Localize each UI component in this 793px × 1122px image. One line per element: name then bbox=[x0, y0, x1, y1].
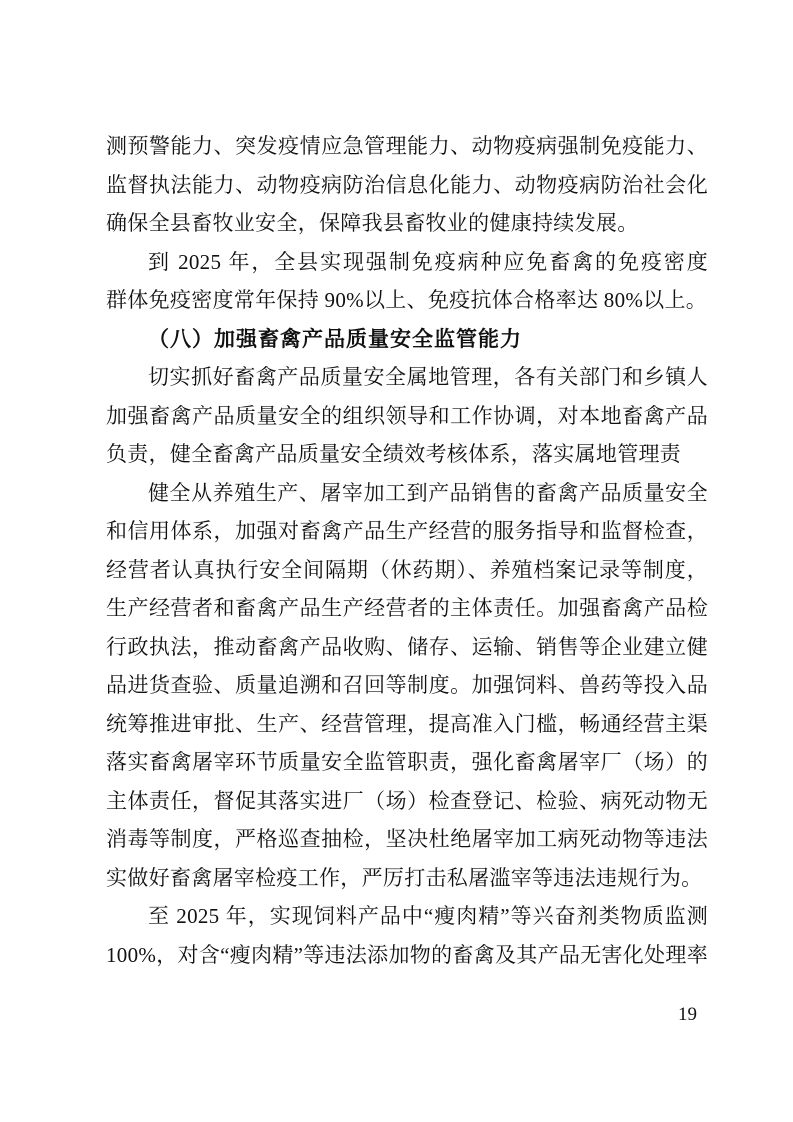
text-line: 确保全县畜牧业安全，保障我县畜牧业的健康持续发展。 bbox=[106, 204, 708, 243]
paragraph-clenbuterol-targets: 至 2025 年，实现饲料产品中“瘦肉精”等兴奋剂类物质监测合格率 100%，对… bbox=[106, 897, 708, 974]
paragraph-immunity-targets: 到 2025 年，全县实现强制免疫病种应免畜禽的免疫密度 100%、畜禽 群体免… bbox=[106, 243, 708, 320]
text-line: 监督执法能力、动物疫病防治信息化能力、动物疫病防治社会化服务能力， bbox=[106, 166, 708, 205]
text-line: 切实抓好畜禽产品质量安全属地管理，各有关部门和乡镇人民政府要 bbox=[106, 358, 708, 397]
text-line: 加强畜禽产品质量安全的组织领导和工作协调，对本地畜禽产品质量安全 bbox=[106, 397, 708, 436]
text-line: 实做好畜禽屠宰检疫工作，严厉打击私屠滥宰等违法违规行为。 bbox=[106, 859, 708, 898]
text-line: 至 2025 年，实现饲料产品中“瘦肉精”等兴奋剂类物质监测合格率 bbox=[106, 897, 708, 936]
page-number: 19 bbox=[678, 1002, 697, 1027]
text-line: 消毒等制度，严格巡查抽检，坚决杜绝屠宰加工病死动物等违法行为。切 bbox=[106, 820, 708, 859]
text-line: 和信用体系，加强对畜禽产品生产经营的服务指导和监督检查，督促生产 bbox=[106, 512, 708, 551]
text-line: 品进货查验、质量追溯和召回等制度。加强饲料、兽药等投入品使用监管， bbox=[106, 666, 708, 705]
text-line: 负责，健全畜禽产品质量安全绩效考核体系，落实属地管理责任。 bbox=[106, 435, 708, 474]
text-line: 主体责任，督促其落实进厂（场）检查登记、检验、病死动物无害化处理、 bbox=[106, 782, 708, 821]
text-line: 测预警能力、突发疫情应急管理能力、动物疫病强制免疫能力、动物卫生 bbox=[106, 127, 708, 166]
text-line: 行政执法，推动畜禽产品收购、储存、运输、销售等企业建立健全畜禽产 bbox=[106, 628, 708, 667]
paragraph-territorial-management: 切实抓好畜禽产品质量安全属地管理，各有关部门和乡镇人民政府要 加强畜禽产品质量安… bbox=[106, 358, 708, 474]
page-body-text: 测预警能力、突发疫情应急管理能力、动物疫病强制免疫能力、动物卫生 监督执法能力、… bbox=[106, 127, 708, 974]
paragraph-continuation: 测预警能力、突发疫情应急管理能力、动物疫病强制免疫能力、动物卫生 监督执法能力、… bbox=[106, 127, 708, 243]
section-heading: （八）加强畜禽产品质量安全监管能力 bbox=[106, 320, 708, 359]
section-heading-text: （八）加强畜禽产品质量安全监管能力 bbox=[106, 320, 708, 359]
document-page: 测预警能力、突发疫情应急管理能力、动物疫病强制免疫能力、动物卫生 监督执法能力、… bbox=[0, 0, 793, 1122]
paragraph-traceability-supervision: 健全从养殖生产、屠宰加工到产品销售的畜禽产品质量安全全程追溯 和信用体系，加强对… bbox=[106, 474, 708, 898]
text-line: 落实畜禽屠宰环节质量安全监管职责，强化畜禽屠宰厂（场）的质量安全 bbox=[106, 743, 708, 782]
text-line: 生产经营者和畜禽产品生产经营者的主体责任。加强畜禽产品检验检测和 bbox=[106, 589, 708, 628]
text-line: 到 2025 年，全县实现强制免疫病种应免畜禽的免疫密度 100%、畜禽 bbox=[106, 243, 708, 282]
text-line: 100%，对含“瘦肉精”等违法添加物的畜禽及其产品无害化处理率 100%， bbox=[106, 936, 708, 975]
text-line: 群体免疫密度常年保持 90%以上、免疫抗体合格率达 80%以上。 bbox=[106, 281, 708, 320]
text-line: 健全从养殖生产、屠宰加工到产品销售的畜禽产品质量安全全程追溯 bbox=[106, 474, 708, 513]
text-line: 统筹推进审批、生产、经营管理，提高准入门槛，畅通经营主渠道。认真 bbox=[106, 705, 708, 744]
text-line: 经营者认真执行安全间隔期（休药期）、养殖档案记录等制度，落实兽药 bbox=[106, 551, 708, 590]
